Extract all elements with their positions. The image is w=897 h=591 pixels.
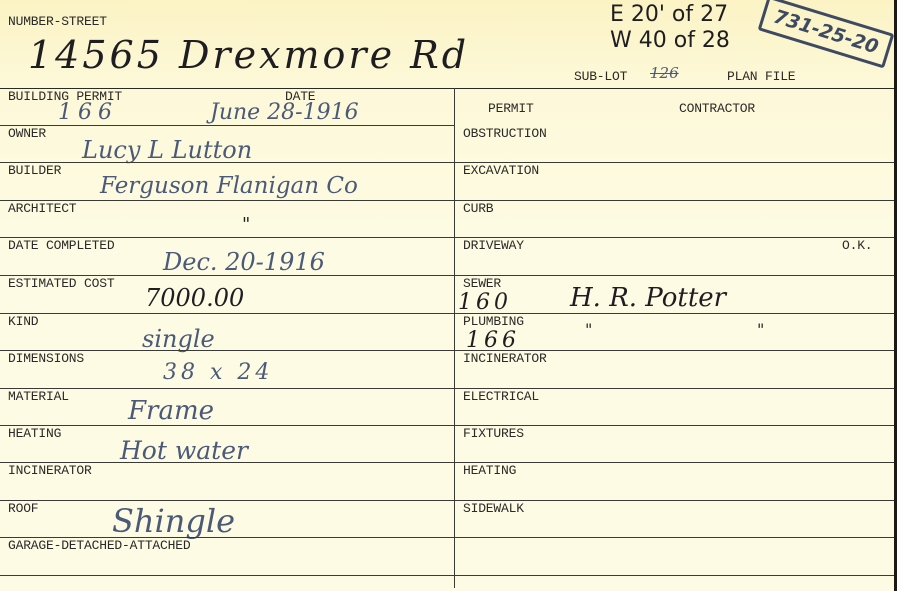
date-value: June 28-1916 — [210, 102, 359, 124]
dimensions-label: DIMENSIONS — [8, 352, 84, 366]
sewer-contractor-value: H. R. Potter — [570, 285, 726, 311]
builder-value: Ferguson Flanigan Co — [100, 175, 358, 198]
estimated-cost-value: 7000.00 — [145, 286, 244, 310]
garage-label: GARAGE-DETACHED-ATTACHED — [8, 539, 190, 553]
fixtures-label: FIXTURES — [463, 427, 524, 441]
lot-note-line2: W 40 of 28 — [610, 30, 730, 52]
plumbing-contractor-value: " — [585, 322, 592, 338]
permit-column-header: PERMIT — [488, 102, 534, 116]
owner-value: Lucy L Lutton — [82, 138, 252, 162]
building-permit-value: 166 — [58, 102, 118, 124]
obstruction-label: OBSTRUCTION — [463, 127, 547, 141]
contractor-column-header: CONTRACTOR — [679, 102, 755, 116]
architect-label: ARCHITECT — [8, 202, 76, 216]
material-value: Frame — [128, 398, 214, 424]
sidewalk-label: SIDEWALK — [463, 502, 524, 516]
architect-value: " — [242, 216, 250, 234]
lot-note-line1: E 20' of 27 — [610, 4, 728, 26]
plumbing-label: PLUMBING — [463, 315, 524, 329]
estimated-cost-label: ESTIMATED COST — [8, 277, 114, 291]
material-label: MATERIAL — [8, 390, 69, 404]
heating-label: HEATING — [8, 427, 61, 441]
plumbing-permit-value: 166 — [466, 330, 520, 352]
file-number-stamp: 731-25-20 — [758, 0, 895, 69]
plan-file-label: PLAN FILE — [727, 70, 795, 84]
incinerator-label: INCINERATOR — [8, 464, 92, 478]
date-completed-value: Dec. 20-1916 — [163, 250, 325, 274]
sewer-permit-value: 160 — [458, 292, 512, 314]
heating-permit-label: HEATING — [463, 464, 516, 478]
date-completed-label: DATE COMPLETED — [8, 239, 114, 253]
incinerator-permit-label: INCINERATOR — [463, 352, 547, 366]
sub-lot-value: 126 — [650, 66, 679, 81]
roof-label: ROOF — [8, 502, 38, 516]
builder-label: BUILDER — [8, 164, 61, 178]
sub-lot-label: SUB-LOT — [574, 70, 627, 84]
excavation-label: EXCAVATION — [463, 164, 539, 178]
kind-label: KIND — [8, 315, 38, 329]
heating-value: Hot water — [120, 438, 248, 463]
roof-value: Shingle — [112, 505, 235, 537]
kind-value: single — [142, 327, 215, 351]
sewer-label: SEWER — [463, 277, 501, 291]
dimensions-value: 38 x 24 — [163, 362, 273, 384]
driveway-note: O.K. — [842, 239, 872, 253]
permit-card: NUMBER-STREET 14565 Drexmore Rd E 20' of… — [0, 0, 897, 591]
number-street-label: NUMBER-STREET — [8, 15, 107, 29]
electrical-label: ELECTRICAL — [463, 390, 539, 404]
driveway-label: DRIVEWAY — [463, 239, 524, 253]
plumbing-note: " — [757, 322, 764, 338]
address-value: 14565 Drexmore Rd — [28, 36, 469, 74]
curb-label: CURB — [463, 202, 493, 216]
owner-label: OWNER — [8, 127, 46, 141]
